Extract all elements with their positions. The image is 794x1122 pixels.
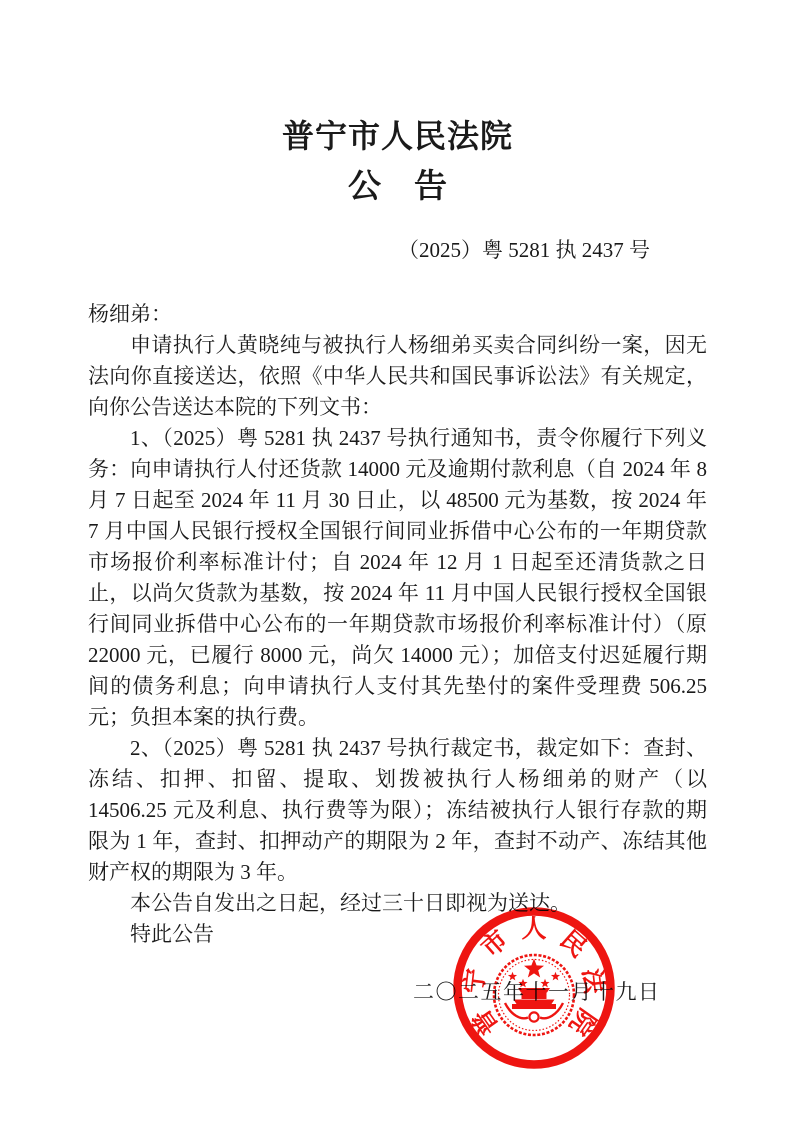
- addressee: 杨细弟：: [88, 299, 707, 330]
- issue-date: 二〇二五年十一月十九日: [413, 976, 661, 1006]
- seal-char: 普: [466, 1004, 504, 1041]
- paragraph: 2、（2025）粤 5281 执 2437 号执行裁定书，裁定如下：查封、冻结、…: [88, 733, 707, 888]
- announcement-page: 普宁市人民法院 公 告 （2025）粤 5281 执 2437 号 杨细弟： 申…: [0, 0, 794, 1122]
- paragraph: 特此公告: [88, 919, 707, 950]
- case-number: （2025）粤 5281 执 2437 号: [88, 235, 707, 265]
- document-title: 公 告: [88, 169, 707, 207]
- star-icon: [524, 959, 544, 978]
- seal-char: 院: [564, 1004, 601, 1041]
- paragraph: 本公告自发出之日起，经过三十日即视为送达。: [88, 888, 707, 919]
- document-body: 杨细弟： 申请执行人黄晓纯与被执行人杨细弟买卖合同纠纷一案，因无法向你直接送达，…: [88, 299, 707, 950]
- court-name-title: 普宁市人民法院: [88, 118, 707, 155]
- paragraph: 1、（2025）粤 5281 执 2437 号执行通知书，责令你履行下列义务：向…: [88, 423, 707, 733]
- paragraph-list: 申请执行人黄晓纯与被执行人杨细弟买卖合同纠纷一案，因无法向你直接送达，依照《中华…: [88, 330, 707, 950]
- paragraph: 申请执行人黄晓纯与被执行人杨细弟买卖合同纠纷一案，因无法向你直接送达，依照《中华…: [88, 330, 707, 423]
